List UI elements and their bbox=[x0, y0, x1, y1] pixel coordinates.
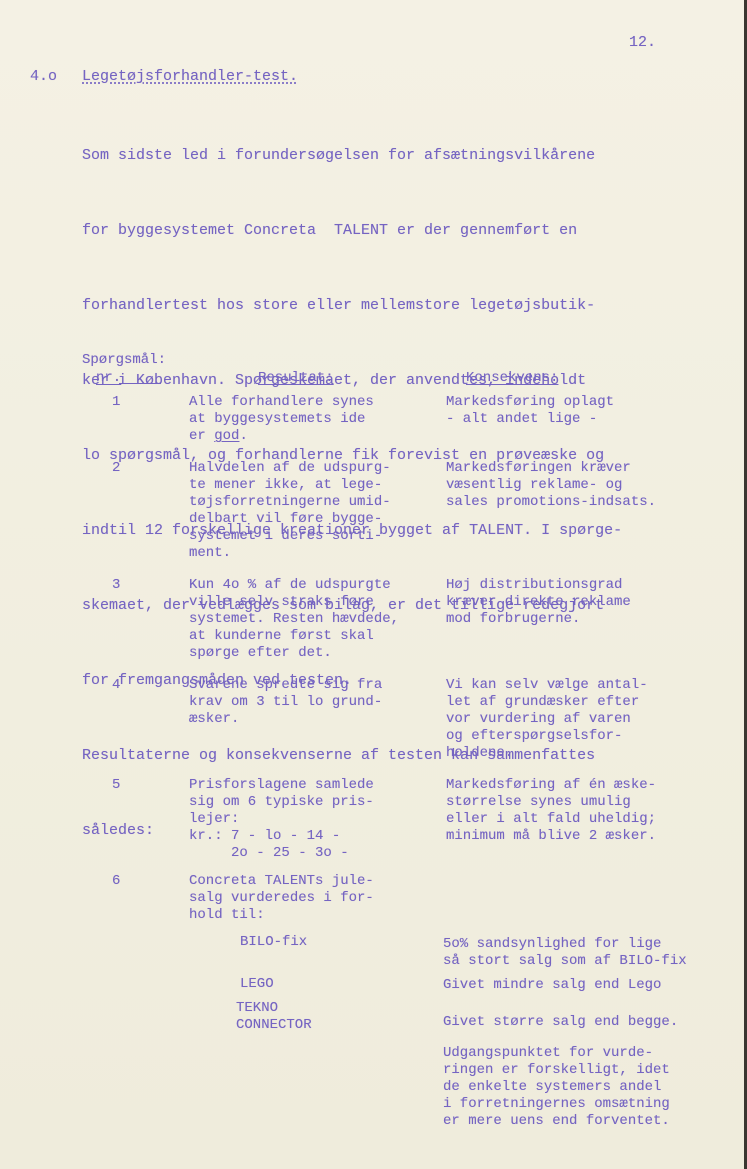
row-consequence: Høj distributionsgrad kræver direkte rek… bbox=[446, 577, 631, 628]
section-number: 4.o bbox=[30, 68, 57, 85]
row-number: 1 bbox=[112, 394, 132, 411]
row-number: 6 bbox=[112, 873, 132, 890]
row-consequence: Vi kan selv vælge antal- let af grundæsk… bbox=[446, 677, 648, 762]
competitor-assessment: Givet større salg end begge. bbox=[443, 1014, 678, 1031]
paragraph-line: for byggesystemet Concreta TALENT er der… bbox=[82, 218, 622, 243]
row-result: Kun 4o % af de udspurgte ville selv stra… bbox=[189, 577, 399, 662]
header-consequence: Konsekvens: bbox=[466, 370, 558, 386]
row-result: Concreta TALENTs jule- salg vurderedes i… bbox=[189, 873, 374, 924]
closing-note: Udgangspunktet for vurde- ringen er fors… bbox=[443, 1045, 670, 1130]
row-number: 4 bbox=[112, 677, 132, 694]
competitor-name: LEGO bbox=[240, 976, 274, 993]
row-result: Prisforslagene samlede sig om 6 typiske … bbox=[189, 777, 374, 862]
row-result: Halvdelen af de udspurg- te mener ikke, … bbox=[189, 460, 391, 562]
competitor-name: BILO-fix bbox=[240, 934, 307, 951]
row-result: Alle forhandlere synes at byggesystemets… bbox=[189, 394, 374, 445]
competitor-name: TEKNO CONNECTOR bbox=[236, 1000, 312, 1034]
row-number: 5 bbox=[112, 777, 132, 794]
paragraph-line: Som sidste led i forundersøgelsen for af… bbox=[82, 143, 622, 168]
page-number: 12. bbox=[629, 34, 656, 51]
row-consequence: Markedsføring oplagt - alt andet lige - bbox=[446, 394, 614, 428]
header-nr: nr. bbox=[96, 370, 161, 386]
row-consequence: Markedsføring af én æske- størrelse syne… bbox=[446, 777, 656, 845]
competitor-assessment: Givet mindre salg end Lego bbox=[443, 977, 661, 994]
row-result: Svarene spredte sig fra krav om 3 til lo… bbox=[189, 677, 382, 728]
question-label: Spørgsmål: bbox=[82, 352, 166, 368]
emphasis-underline: god bbox=[214, 428, 239, 444]
document-page: 12. 4.o Legetøjsforhandler-test. Som sid… bbox=[0, 0, 744, 1169]
section-title: Legetøjsforhandler-test. bbox=[82, 68, 298, 85]
header-result: Resultat: bbox=[258, 370, 334, 386]
row-consequence: Markedsføringen kræver væsentlig reklame… bbox=[446, 460, 656, 511]
row-number: 2 bbox=[112, 460, 132, 477]
competitor-assessment: 5o% sandsynlighed for lige så stort salg… bbox=[443, 936, 687, 970]
row-number: 3 bbox=[112, 577, 132, 594]
paragraph-line: forhandlertest hos store eller mellemsto… bbox=[82, 293, 622, 318]
